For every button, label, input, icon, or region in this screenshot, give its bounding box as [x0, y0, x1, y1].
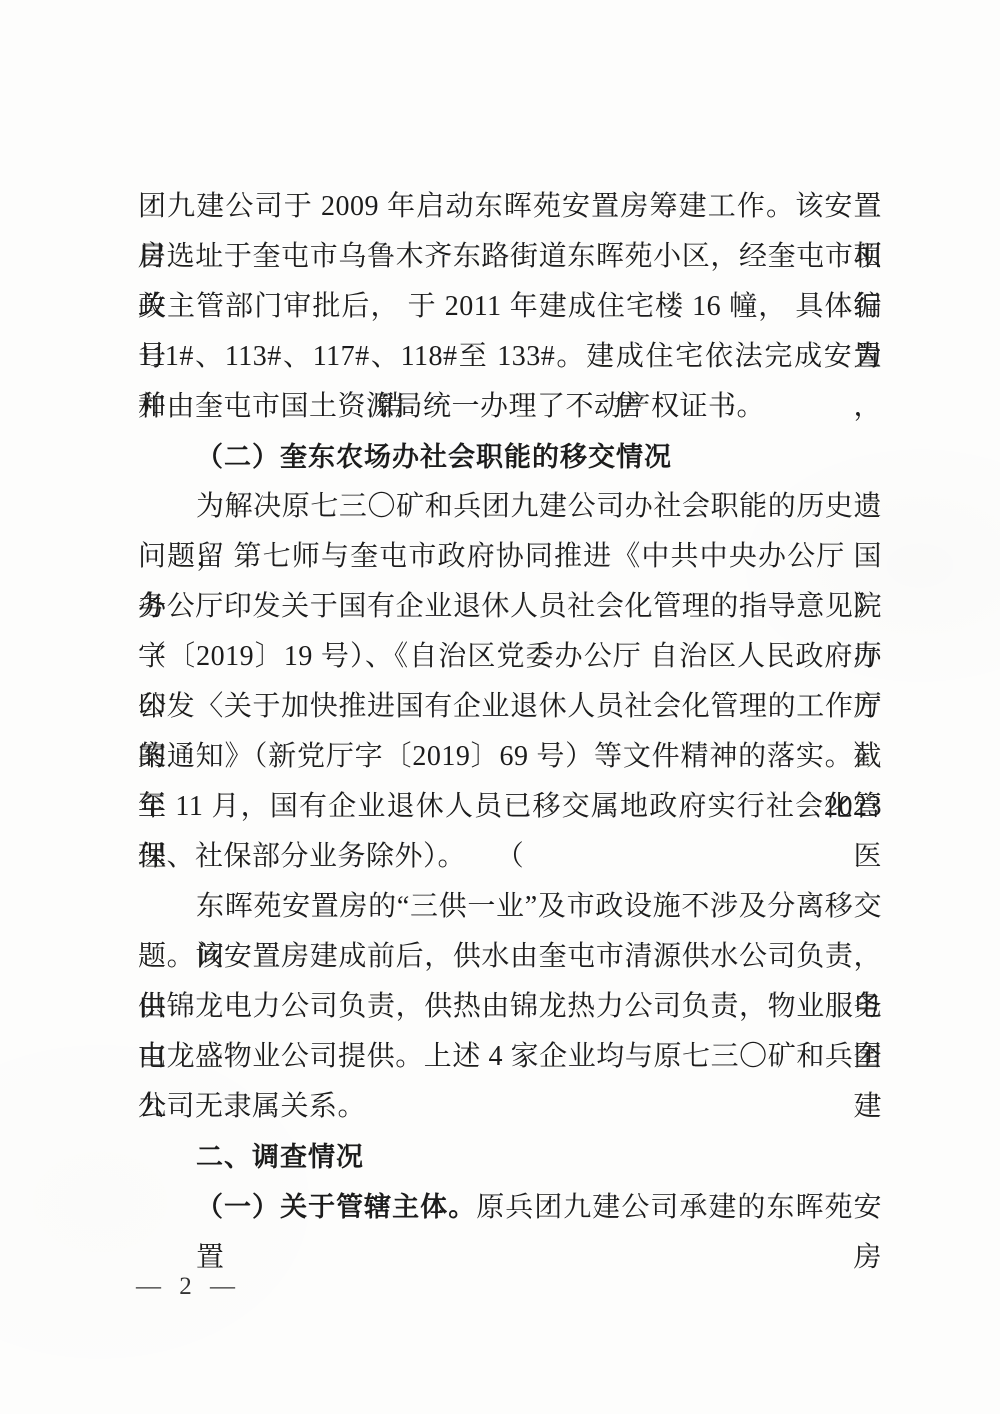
text-line: 印发〈关于加快推进国有企业退休人员社会化管理的工作方案〉 — [138, 682, 882, 732]
text-line: 年 11 月，国有企业退休人员已移交属地政府实行社会化管理（医 — [138, 782, 882, 832]
paragraph-bold-lead: （一）关于管辖主体。 — [196, 1192, 476, 1222]
text-line: （一）关于管辖主体。原兵团九建公司承建的东晖苑安置房 — [138, 1182, 882, 1232]
text-line: 东晖苑安置房的“三供一业”及市政设施不涉及分离移交问 — [138, 882, 882, 932]
heading-line: 二、调查情况 — [138, 1132, 882, 1182]
text-line: 目选址于奎屯市乌鲁木齐东路街道东晖苑小区，经奎屯市相关行 — [138, 232, 882, 282]
page-number: — 2 — — [136, 1262, 241, 1312]
text-line: 由锦龙电力公司负责，供热由锦龙热力公司负责，物业服务由奎 — [138, 982, 882, 1032]
text-line: 111#、113#、117#、118#至 133#。建成住宅依法完成安置和销售， — [138, 332, 882, 382]
text-line: 题。该安置房建成前后，供水由奎屯市清源供水公司负责，供电 — [138, 932, 882, 982]
text-line: 政主管部门审批后， 于 2011 年建成住宅楼 16 幢， 具体编号为 — [138, 282, 882, 332]
document-page: 团九建公司于 2009 年启动东晖苑安置房筹建工作。该安置房项目选址于奎屯市乌鲁… — [0, 0, 1000, 1414]
heading-line: （二）奎东农场办社会职能的移交情况 — [138, 432, 882, 482]
document-body: 团九建公司于 2009 年启动东晖苑安置房筹建工作。该安置房项目选址于奎屯市乌鲁… — [138, 182, 882, 1232]
text-line: 办公厅印发关于国有企业退休人员社会化管理的指导意见》（厅 — [138, 582, 882, 632]
text-line: 团九建公司于 2009 年启动东晖苑安置房筹建工作。该安置房项 — [138, 182, 882, 232]
text-line: 字〔2019〕19 号）、《自治区党委办公厅 自治区人民政府办公厅 — [138, 632, 882, 682]
text-line: 为解决原七三〇矿和兵团九建公司办社会职能的历史遗留 — [138, 482, 882, 532]
text-line: 屯龙盛物业公司提供。上述 4 家企业均与原七三〇矿和兵团九建 — [138, 1032, 882, 1082]
text-line: 问题， 第七师与奎屯市政府协同推进《中共中央办公厅 国务院 — [138, 532, 882, 582]
text-line: 的通知》（新党厅字〔2019〕69 号）等文件精神的落实。截至 2023 — [138, 732, 882, 782]
